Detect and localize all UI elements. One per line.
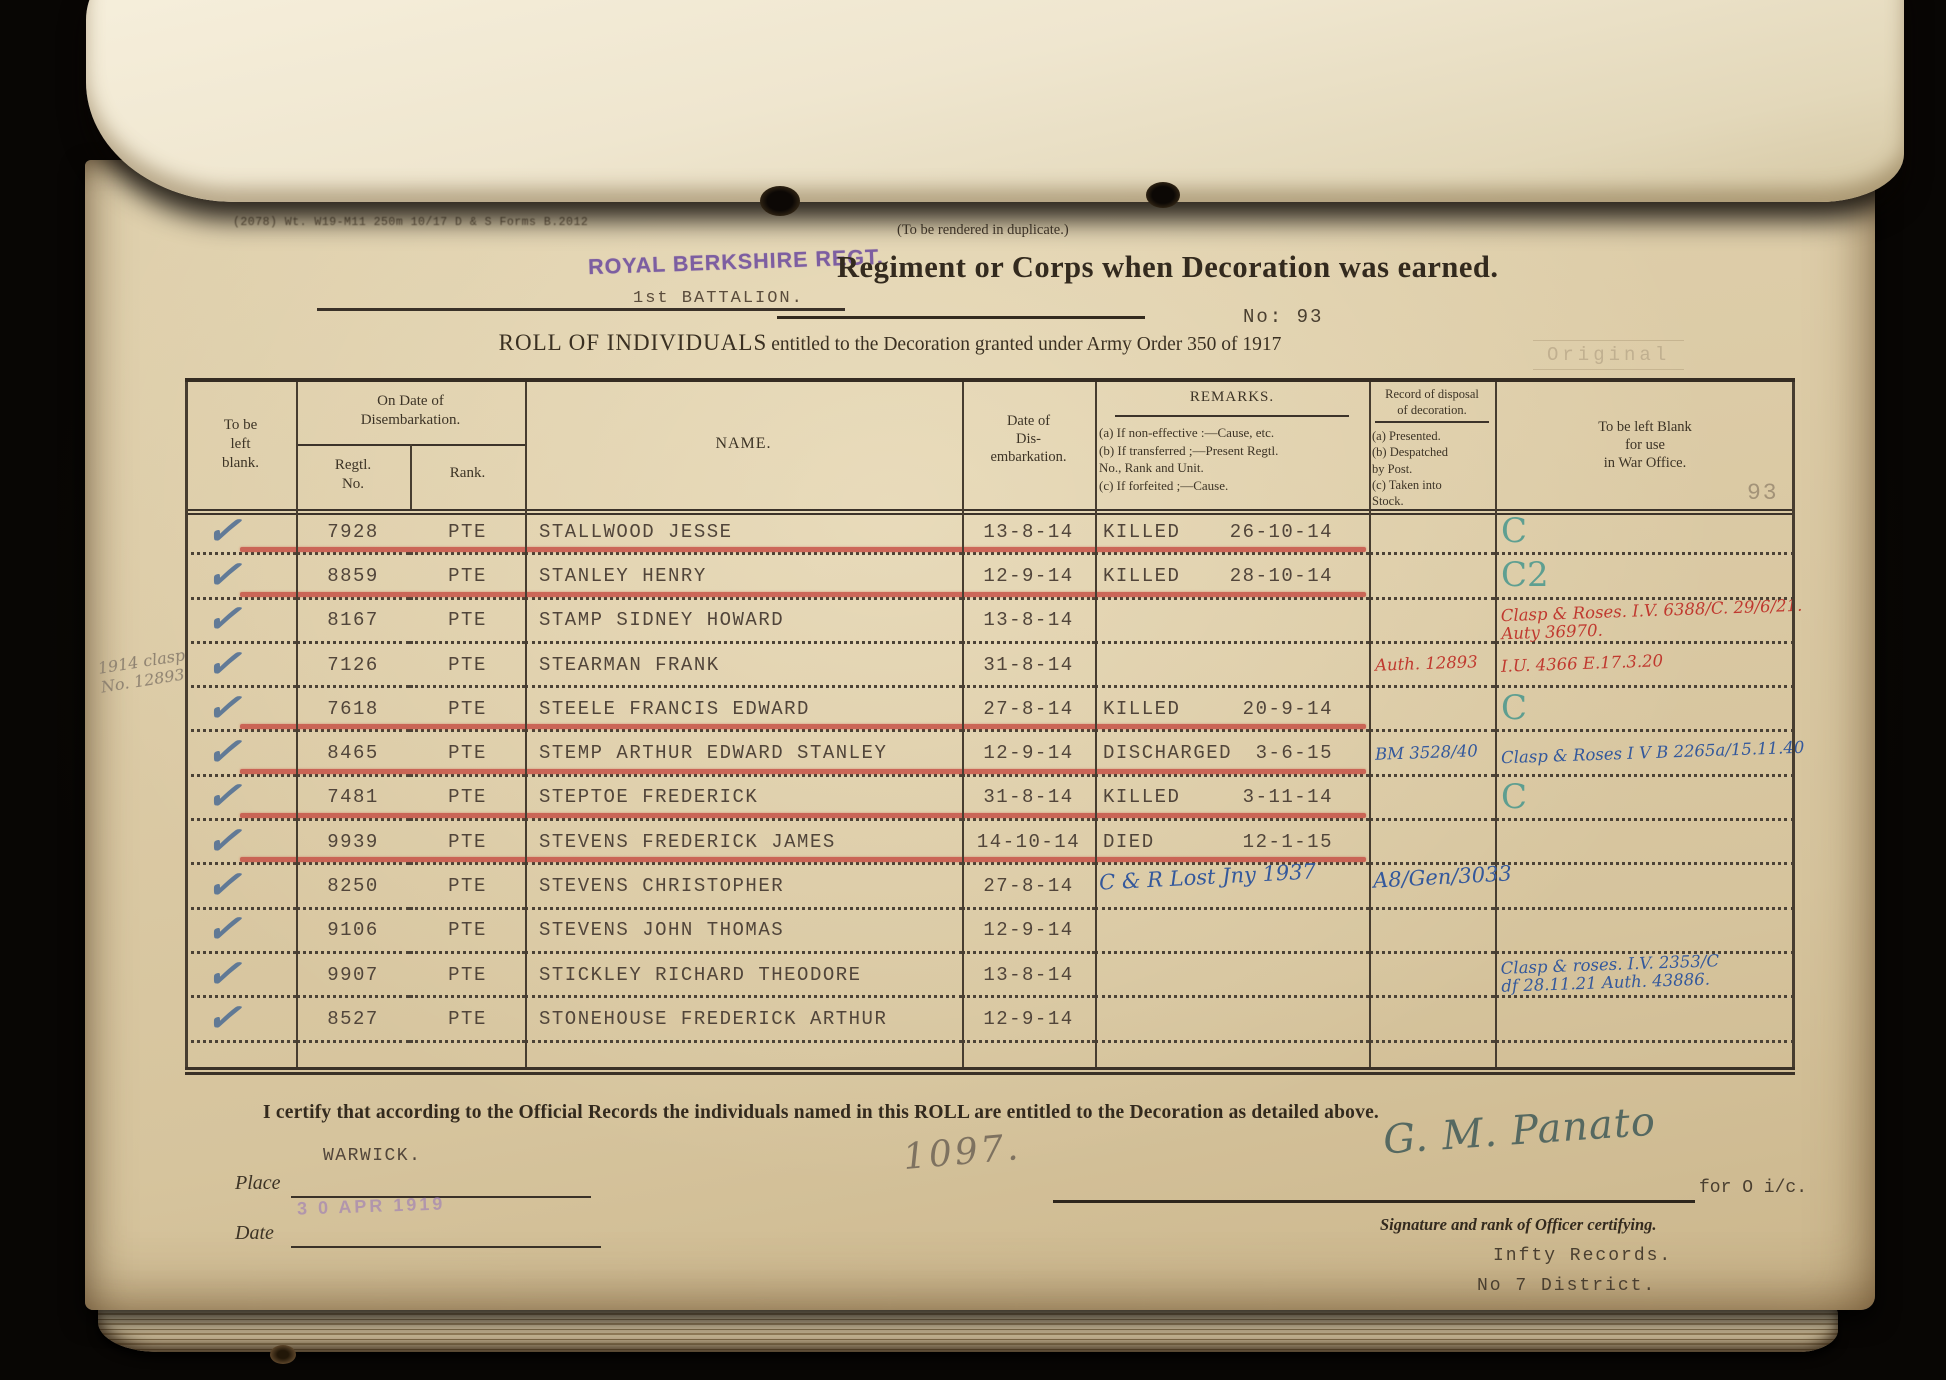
header-date: Date of Dis- embarkation. (962, 412, 1095, 466)
column-rule (1369, 382, 1371, 1067)
table-row: ✓ 9939 PTE STEVENS FREDERICK JAMES 14-10… (185, 821, 1795, 865)
cell-war-office: C2 (1495, 555, 1795, 599)
cell-regtl-no: 9106 (296, 910, 410, 954)
cell-date: 31-8-14 (962, 644, 1095, 688)
war-office-note-line1: C (1501, 511, 1527, 551)
roll-title-lead: ROLL OF INDIVIDUALS (499, 330, 768, 355)
roll-table: To be left blank. On Date of Disembarkat… (185, 378, 1795, 1070)
table-header: To be left blank. On Date of Disembarkat… (185, 382, 1795, 511)
remark-status: KILLED (1103, 565, 1180, 587)
cell-left-blank: ✓ (185, 865, 296, 909)
cell-disposal (1369, 688, 1495, 732)
cell-left-blank: ✓ (185, 511, 296, 555)
cell-disposal (1369, 600, 1495, 644)
cell-rank: PTE (410, 910, 525, 954)
cell-regtl-no: 7126 (296, 644, 410, 688)
cell-remarks: KILLED 28-10-14 (1095, 555, 1369, 599)
header-disembarkation-group: On Date of Disembarkation. (296, 392, 525, 430)
cell-left-blank: ✓ (185, 555, 296, 599)
cell-regtl-no: 9907 (296, 954, 410, 998)
cell-regtl-no: 8859 (296, 555, 410, 599)
header-remarks-list: (a) If non-effective :—Cause, etc. (b) I… (1099, 424, 1369, 494)
cell-rank: PTE (410, 777, 525, 821)
cell-left-blank: ✓ (185, 732, 296, 776)
cell-name: STEELE FRANCIS EDWARD (525, 688, 962, 732)
place-value: WARWICK. (323, 1146, 421, 1166)
cell-war-office: C (1495, 688, 1795, 732)
date-rule (291, 1246, 601, 1248)
column-rule (410, 444, 412, 509)
battalion-typed: 1st BATTALION. (633, 289, 804, 308)
cell-left-blank: ✓ (185, 644, 296, 688)
roll-title-rest: entitled to the Decoration granted under… (771, 334, 1281, 355)
war-office-note-line1: C2 (1501, 555, 1549, 595)
cell-remarks: DISCHARGED 3-6-15 (1095, 732, 1369, 776)
cell-date: 12-9-14 (962, 910, 1095, 954)
table-row: ✓ 9106 PTE STEVENS JOHN THOMAS 12-9-14 (185, 910, 1795, 954)
curled-page-top (86, 0, 1904, 202)
certification-statement: I certify that according to the Official… (263, 1102, 1379, 1124)
blue-checkmark: ✓ (209, 618, 244, 622)
cell-remarks (1095, 644, 1369, 688)
cell-war-office: I.U. 4366 E.17.3.20 (1495, 644, 1795, 688)
cell-disposal (1369, 910, 1495, 954)
cell-regtl-no: 7481 (296, 777, 410, 821)
cell-disposal (1369, 555, 1495, 599)
table-row: ✓ 7481 PTE STEPTOE FREDERICK 31-8-14 KIL… (185, 777, 1795, 821)
column-rule (1095, 382, 1097, 1067)
remark-status: KILLED (1103, 698, 1180, 720)
header-rank: Rank. (410, 464, 525, 483)
cell-date: 13-8-14 (962, 954, 1095, 998)
cell-left-blank: ✓ (185, 998, 296, 1042)
cell-rank: PTE (410, 555, 525, 599)
table-row: ✓ 8465 PTE STEMP ARTHUR EDWARD STANLEY 1… (185, 732, 1795, 776)
cell-war-office: Clasp & Roses. I.V. 6388/C. 29/6/21. Aut… (1495, 600, 1795, 644)
date-label: Date (235, 1222, 274, 1245)
cell-name: STONEHOUSE FREDERICK ARTHUR (525, 998, 962, 1042)
remark-date: 28-10-14 (1230, 565, 1333, 587)
cell-left-blank: ✓ (185, 688, 296, 732)
war-office-note: C (1501, 513, 1527, 550)
pencil-number: 1097. (901, 1127, 1022, 1178)
cell-disposal (1369, 511, 1495, 555)
column-rule (1792, 382, 1795, 1067)
cell-date: 12-9-14 (962, 732, 1095, 776)
cell-war-office (1495, 998, 1795, 1042)
cell-rank: PTE (410, 688, 525, 732)
roll-title: ROLL OF INDIVIDUALS entitled to the Deco… (85, 330, 1695, 356)
cell-remarks: DIED 12-1-15 (1095, 821, 1369, 865)
remark-date: 20-9-14 (1243, 698, 1333, 720)
cell-date: 12-9-14 (962, 998, 1095, 1042)
duplicate-note: (To be rendered in duplicate.) (897, 222, 1069, 239)
war-office-note: C2 (1501, 557, 1549, 594)
cell-name: STEMP ARTHUR EDWARD STANLEY (525, 732, 962, 776)
blue-checkmark: ✓ (209, 707, 244, 711)
cell-name: STEARMAN FRANK (525, 644, 962, 688)
cell-date: 31-8-14 (962, 777, 1095, 821)
ink-blot (270, 1345, 296, 1364)
header-name: NAME. (525, 434, 962, 454)
war-office-note: C (1501, 690, 1527, 727)
form-heading: Regiment or Corps when Decoration was ea… (837, 250, 1499, 285)
cell-name: STANLEY HENRY (525, 555, 962, 599)
cell-name: STAMP SIDNEY HOWARD (525, 600, 962, 644)
records-office-line2: No 7 District. (1477, 1276, 1656, 1296)
disposal-handwriting: A8/Gen/3033 (1372, 862, 1512, 893)
war-office-note: Clasp & Roses I V B 2265a/15.11.40 (1501, 739, 1805, 768)
cell-remarks (1095, 910, 1369, 954)
header-war-office-blank: To be left Blank for use in War Office. (1495, 418, 1795, 472)
cell-rank: PTE (410, 644, 525, 688)
cell-regtl-no: 8167 (296, 600, 410, 644)
cell-war-office: Clasp & Roses I V B 2265a/15.11.40 (1495, 732, 1795, 776)
table-body: ✓ 7928 PTE STALLWOOD JESSE 13-8-14 KILLE… (185, 511, 1795, 1067)
cell-remarks: KILLED 26-10-14 (1095, 511, 1369, 555)
cell-regtl-no: 8527 (296, 998, 410, 1042)
place-label: Place (235, 1172, 281, 1195)
cell-date: 12-9-14 (962, 555, 1095, 599)
cell-disposal (1369, 821, 1495, 865)
cell-regtl-no: 8465 (296, 732, 410, 776)
remark-date: 12-1-15 (1243, 831, 1333, 853)
cell-left-blank: ✓ (185, 910, 296, 954)
blue-checkmark: ✓ (209, 751, 244, 755)
photographed-ledger: (2078) Wt. W19-M11 250m 10/17 D & S Form… (0, 0, 1946, 1380)
blue-checkmark: ✓ (209, 530, 244, 534)
header-disposal-list: (a) Presented. (b) Despatched by Post. (… (1372, 428, 1494, 509)
cell-date: 27-8-14 (962, 865, 1095, 909)
table-row: ✓ 8527 PTE STONEHOUSE FREDERICK ARTHUR 1… (185, 998, 1795, 1042)
cell-regtl-no: 7928 (296, 511, 410, 555)
cell-regtl-no: 8250 (296, 865, 410, 909)
cell-disposal (1369, 954, 1495, 998)
signature-caption: Signature and rank of Officer certifying… (1380, 1215, 1657, 1235)
cell-name: STEVENS JOHN THOMAS (525, 910, 962, 954)
remark-status: DISCHARGED (1103, 742, 1232, 764)
disposal-note: Auth. 12893 (1375, 654, 1478, 676)
cell-name: STEVENS FREDERICK JAMES (525, 821, 962, 865)
cell-regtl-no: 7618 (296, 688, 410, 732)
cell-remarks: KILLED 3-11-14 (1095, 777, 1369, 821)
ledger-page: (2078) Wt. W19-M11 250m 10/17 D & S Form… (85, 160, 1875, 1310)
header-divider (1375, 421, 1489, 423)
blue-checkmark: ✓ (209, 1017, 244, 1021)
header-remarks-title: REMARKS. (1095, 388, 1369, 407)
cell-disposal: A8/Gen/3033 (1369, 865, 1495, 909)
cell-regtl-no: 9939 (296, 821, 410, 865)
remark-status: KILLED (1103, 521, 1180, 543)
cell-remarks: KILLED 20-9-14 (1095, 688, 1369, 732)
war-office-note-line1: Clasp & Roses I V B 2265a/15.11.40 (1501, 738, 1805, 768)
cell-disposal: Auth. 12893 (1369, 644, 1495, 688)
cell-name: STEVENS CHRISTOPHER (525, 865, 962, 909)
records-office-line1: Infty Records. (1493, 1246, 1672, 1266)
cell-date: 13-8-14 (962, 511, 1095, 555)
heading-rule (777, 316, 1145, 319)
cell-date: 13-8-14 (962, 600, 1095, 644)
date-ink-stamp: 3 0 APR 1919 (297, 1193, 446, 1219)
original-stamp: Original (1533, 340, 1684, 370)
cell-rank: PTE (410, 954, 525, 998)
blue-checkmark: ✓ (209, 928, 244, 932)
punch-hole (1146, 182, 1180, 208)
remark-status: KILLED (1103, 786, 1180, 808)
war-office-note-line1: I.U. 4366 E.17.3.20 (1501, 652, 1664, 677)
table-row: ✓ 9907 PTE STICKLEY RICHARD THEODORE 13-… (185, 954, 1795, 998)
war-office-note-line1: C (1501, 688, 1527, 728)
cell-left-blank: ✓ (185, 777, 296, 821)
cell-rank: PTE (410, 998, 525, 1042)
column-rule (962, 382, 964, 1067)
cell-left-blank: ✓ (185, 600, 296, 644)
table-row: ✓ 7928 PTE STALLWOOD JESSE 13-8-14 KILLE… (185, 511, 1795, 555)
cell-name: STALLWOOD JESSE (525, 511, 962, 555)
cell-war-office (1495, 821, 1795, 865)
cell-remarks (1095, 954, 1369, 998)
cell-rank: PTE (410, 732, 525, 776)
cell-date: 14-10-14 (962, 821, 1095, 865)
column-rule (296, 382, 298, 1067)
blue-checkmark: ✓ (209, 840, 244, 844)
signature-rule (1053, 1200, 1695, 1203)
disposal-note: BM 3528/40 (1375, 742, 1478, 764)
table-row: ✓ 8167 PTE STAMP SIDNEY HOWARD 13-8-14 C… (185, 600, 1795, 644)
header-regtl-no: Regtl. No. (296, 456, 410, 494)
table-row: ✓ 8859 PTE STANLEY HENRY 12-9-14 KILLED … (185, 555, 1795, 599)
regiment-blank-rule (317, 308, 845, 311)
cell-left-blank: ✓ (185, 954, 296, 998)
remark-handwriting: C & R Lost Jny 1937 (1099, 860, 1317, 895)
officer-signature: G. M. Panato (1382, 1099, 1658, 1164)
cell-war-office: Clasp & roses. I.V. 2353/C df 28.11.21 A… (1495, 954, 1795, 998)
table-row: ✓ 7126 PTE STEARMAN FRANK 31-8-14 Auth. … (185, 644, 1795, 688)
cell-left-blank: ✓ (185, 821, 296, 865)
cell-war-office: C (1495, 777, 1795, 821)
roll-number: No: 93 (1243, 306, 1323, 328)
war-office-note: Clasp & roses. I.V. 2353/C df 28.11.21 A… (1500, 953, 1720, 997)
blue-checkmark: ✓ (209, 663, 244, 667)
cell-disposal: BM 3528/40 (1369, 732, 1495, 776)
remark-date: 3-11-14 (1243, 786, 1333, 808)
cell-date: 27-8-14 (962, 688, 1095, 732)
punch-hole (760, 186, 800, 216)
cell-war-office (1495, 865, 1795, 909)
remark-date: 26-10-14 (1230, 521, 1333, 543)
cell-rank: PTE (410, 511, 525, 555)
cell-disposal (1369, 998, 1495, 1042)
war-office-note-line1: C (1501, 777, 1527, 817)
table-row: ✓ 8250 PTE STEVENS CHRISTOPHER 27-8-14 C… (185, 865, 1795, 909)
cell-disposal (1369, 777, 1495, 821)
war-office-note: Clasp & Roses. I.V. 6388/C. 29/6/21. Aut… (1500, 597, 1803, 644)
cell-war-office (1495, 910, 1795, 954)
margin-pencil-note: 1914 clasp No. 12893 (97, 645, 190, 697)
war-office-note: I.U. 4366 E.17.3.20 (1501, 653, 1664, 677)
column-rule (1495, 382, 1497, 1067)
cell-rank: PTE (410, 821, 525, 865)
remark-status: DIED (1103, 831, 1155, 853)
cell-rank: PTE (410, 865, 525, 909)
blue-checkmark: ✓ (209, 973, 244, 977)
cell-rank: PTE (410, 600, 525, 644)
remark-date: 3-6-15 (1256, 742, 1333, 764)
table-row: ✓ 7618 PTE STEELE FRANCIS EDWARD 27-8-14… (185, 688, 1795, 732)
header-disposal-title: Record of disposal of decoration. (1369, 387, 1495, 418)
blue-checkmark: ✓ (209, 884, 244, 888)
column-rule (185, 382, 188, 1067)
header-divider (1115, 415, 1349, 417)
blue-checkmark: ✓ (209, 574, 244, 578)
form-print-reference: (2078) Wt. W19-M11 250m 10/17 D & S Form… (233, 216, 588, 229)
for-oic-typed: for O i/c. (1699, 1178, 1807, 1198)
cell-remarks (1095, 600, 1369, 644)
cell-remarks (1095, 998, 1369, 1042)
cell-name: STICKLEY RICHARD THEODORE (525, 954, 962, 998)
column-rule (525, 382, 527, 1067)
cell-name: STEPTOE FREDERICK (525, 777, 962, 821)
war-office-note: C (1501, 779, 1527, 816)
cell-war-office: C (1495, 511, 1795, 555)
cell-remarks: C & R Lost Jny 1937 (1095, 865, 1369, 909)
header-left-blank: To be left blank. (185, 416, 296, 472)
blue-checkmark: ✓ (209, 796, 244, 800)
